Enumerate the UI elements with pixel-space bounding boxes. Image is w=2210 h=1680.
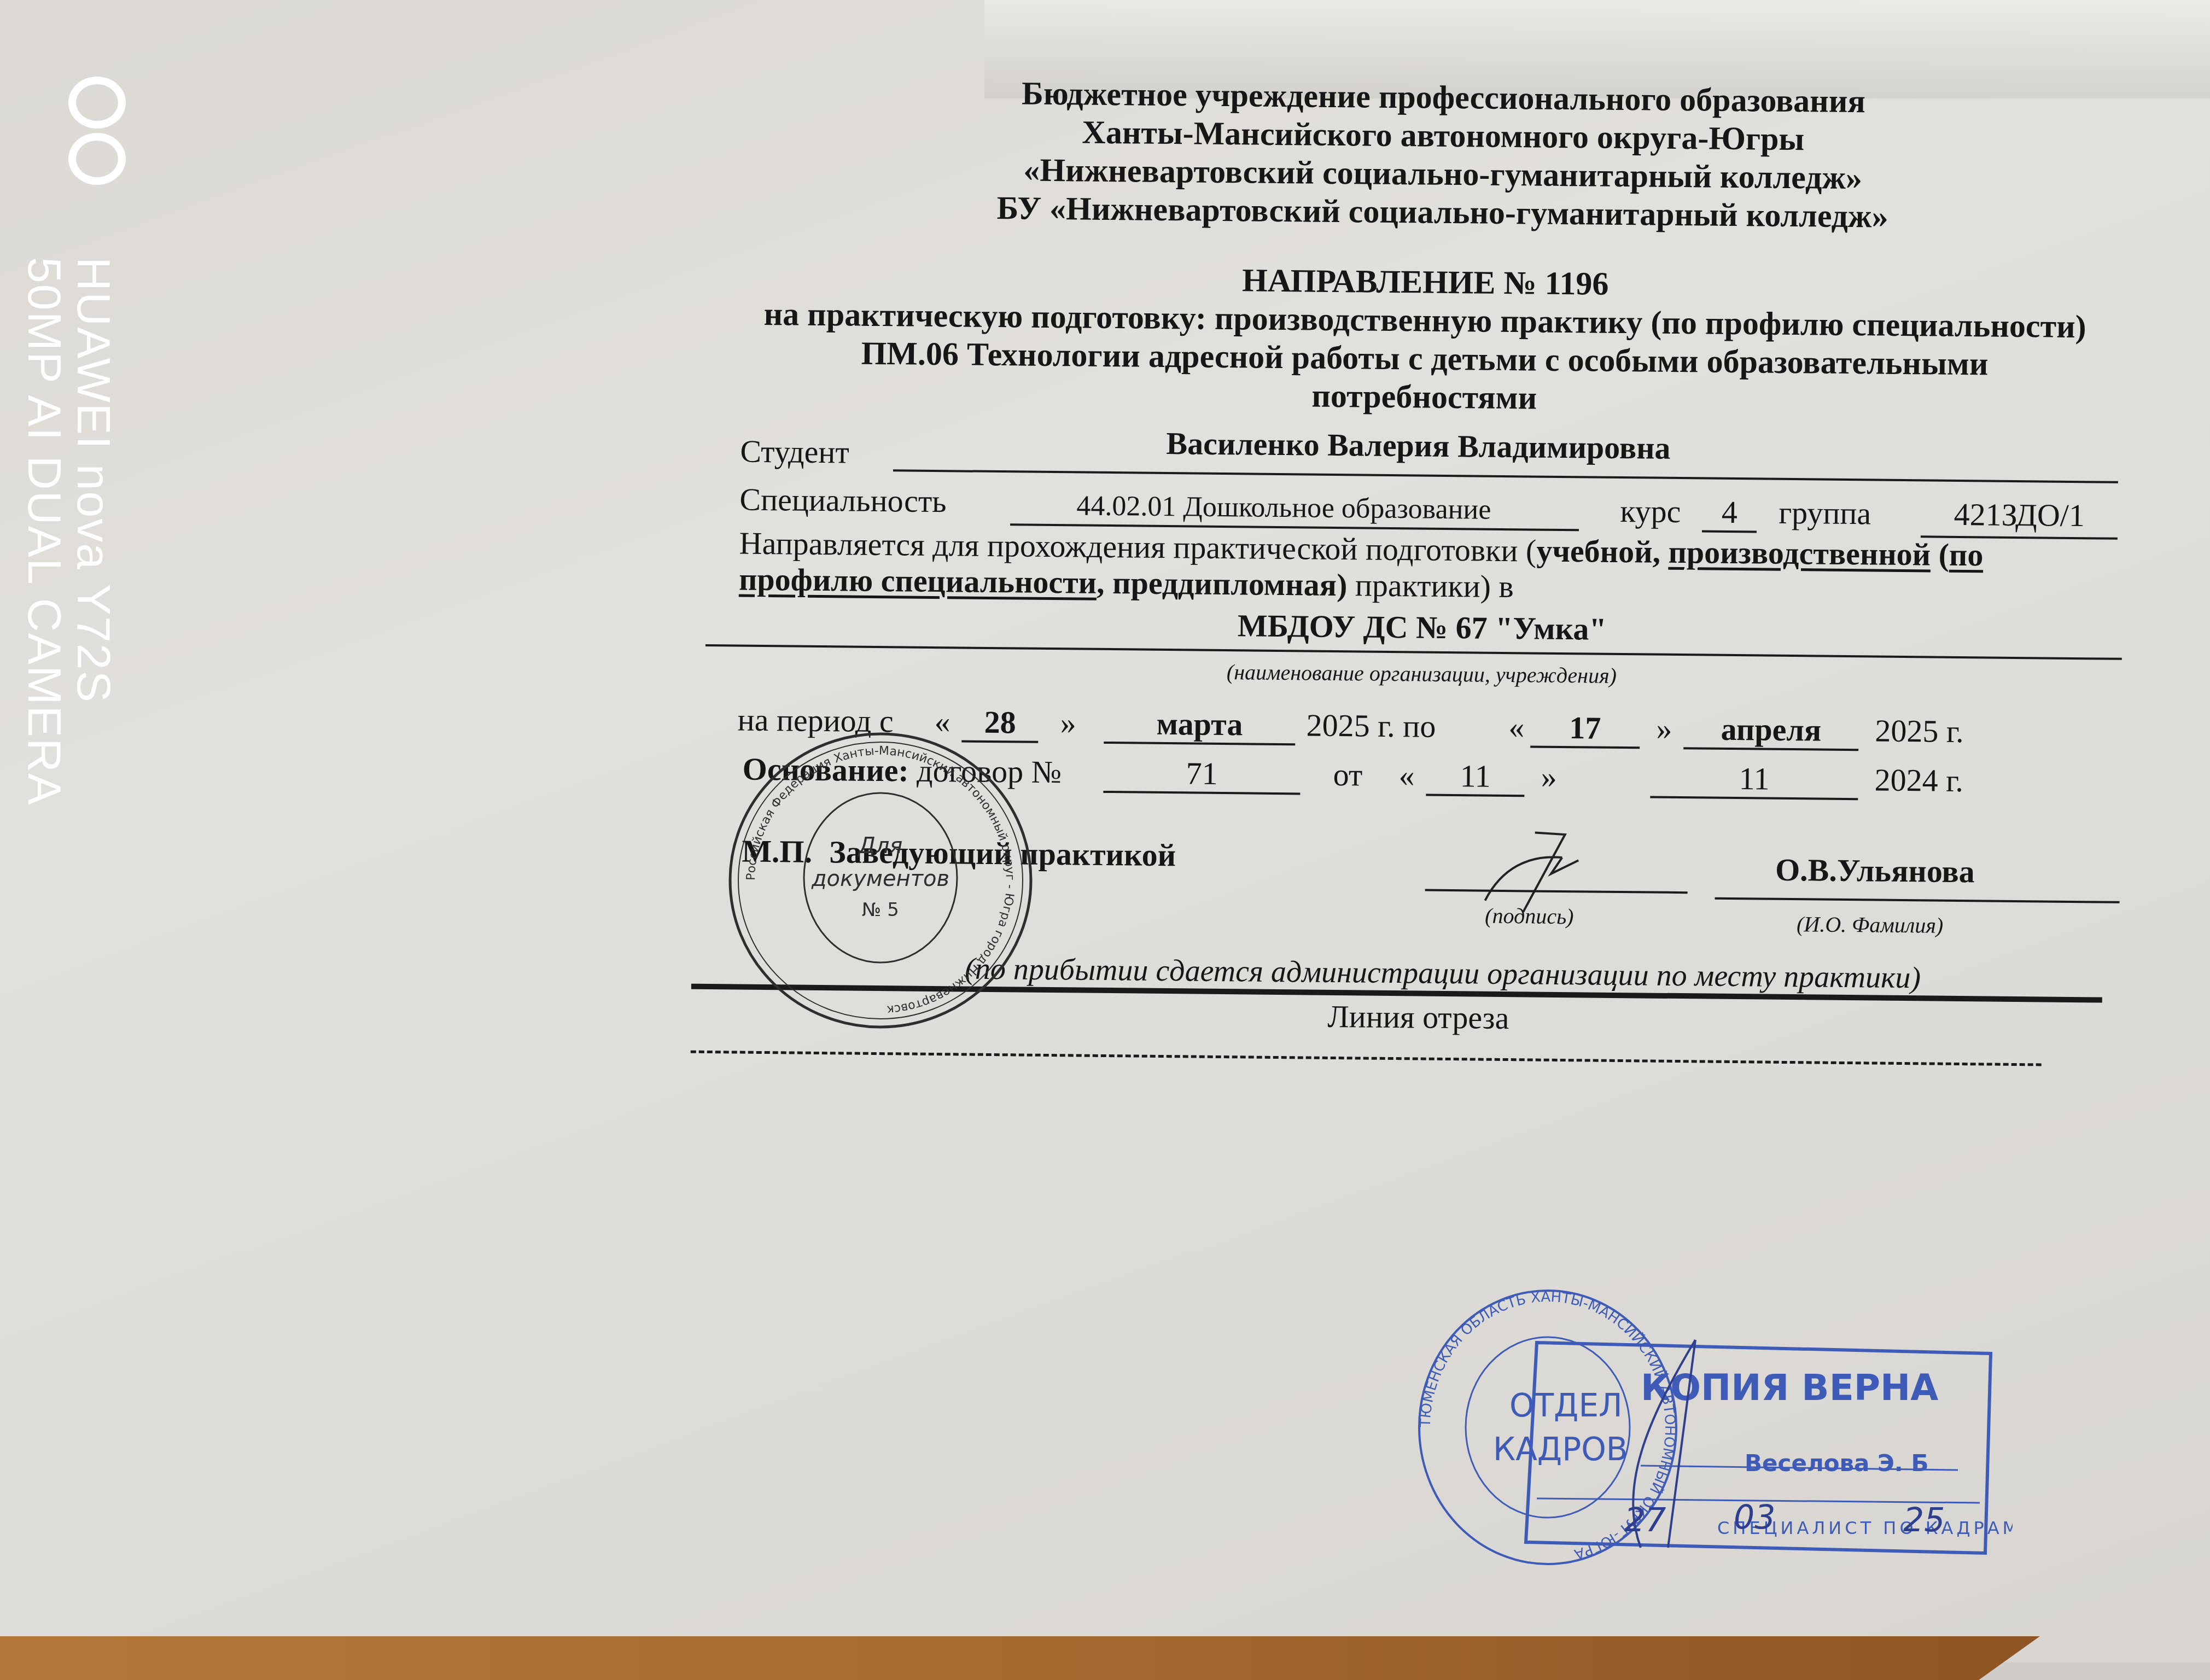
svg-text:ОТДЕЛ: ОТДЕЛ [1509, 1387, 1623, 1424]
contract-month: 11 [1650, 760, 1858, 798]
svg-text:25: 25 [1903, 1501, 1945, 1539]
course-value: 4 [1702, 494, 1757, 530]
svg-text:27: 27 [1624, 1501, 1666, 1539]
document-title: НАПРАВЛЕНИЕ № 1196 на практическую подго… [708, 256, 2142, 423]
svg-text:03: 03 [1734, 1498, 1775, 1537]
specialty-value: 44.02.01 Дошкольное образование [1013, 487, 1555, 529]
signature-caption: (подпись) [1485, 898, 1574, 935]
end-year: 2025 г. [1875, 713, 1964, 750]
college-round-stamp: Российская Федерация Ханты-Мансийский ав… [722, 727, 1039, 1034]
direction-tail: практики) в [1347, 567, 1514, 604]
underline [1530, 745, 1640, 749]
specialty-label: Специальность [739, 482, 947, 520]
underline [1426, 794, 1524, 797]
contract-number: 71 [1103, 755, 1301, 792]
start-year: 2025 г. по [1306, 708, 1436, 745]
quote: « [1508, 709, 1525, 745]
quote: » [1541, 759, 1557, 795]
from-label: от [1333, 757, 1362, 794]
start-month: марта [1104, 705, 1296, 743]
underline [893, 469, 2118, 483]
contract-day: 11 [1426, 758, 1525, 795]
svg-text:документов: документов [811, 866, 949, 891]
name-caption: (И.О. Фамилия) [1797, 906, 1944, 944]
end-month: апреля [1683, 711, 1859, 749]
svg-text:КАДРОВ: КАДРОВ [1493, 1431, 1628, 1468]
quote: « [1398, 757, 1415, 794]
underline [1715, 897, 2120, 903]
underline [1702, 530, 1757, 533]
wooden-table-edge [0, 1636, 2040, 1680]
quote: » [1060, 705, 1076, 741]
end-day: 17 [1530, 709, 1640, 746]
institution-header: Бюджетное учреждение профессионального о… [742, 72, 2144, 238]
svg-text:Веселова Э. Б: Веселова Э. Б [1745, 1450, 1928, 1477]
paren: ( [1931, 536, 1949, 572]
svg-text:КОПИЯ ВЕРНА: КОПИЯ ВЕРНА [1641, 1367, 1938, 1409]
student-label: Студент [740, 434, 849, 471]
watermark-camera: 50MP AI DUAL CAMERA [17, 257, 71, 806]
option-profile-cont: профилю специальности [739, 562, 1097, 600]
option-educational: учебной, [1536, 533, 1660, 570]
group-label: группа [1779, 495, 1871, 532]
signer-name: О.В.Ульянова [1775, 852, 1975, 890]
svg-text:Для: Для [858, 833, 903, 859]
course-label: курс [1620, 493, 1681, 530]
svg-text:№ 5: № 5 [862, 899, 899, 921]
dual-circle-camera-logo-icon [68, 77, 126, 185]
student-name: Василенко Валерия Владимировна [899, 423, 1938, 469]
watermark-brand: HUAWEI nova Y72S [66, 257, 120, 703]
copy-certified-stamp: ТЮМЕНСКАЯ ОБЛАСТЬ ХАНТЫ-МАНСИЙСКИЙ АВТОН… [1411, 1241, 2013, 1580]
option-profile: по [1949, 537, 1984, 573]
organization-caption: (наименование организации, учреждения) [705, 654, 2138, 693]
group-value: 421ЗДО/1 [1926, 496, 2113, 534]
contract-year: 2024 г. [1874, 762, 1963, 799]
direction-paragraph: Направляется для прохождения практическо… [739, 526, 2118, 611]
option-prediploma: преддипломная) [1104, 565, 1347, 603]
option-production: производственной [1668, 534, 1931, 573]
camera-watermark: HUAWEI nova Y72S 50MP AI DUAL CAMERA [22, 77, 126, 771]
quote: » [1656, 711, 1672, 747]
comma: , [1097, 565, 1105, 600]
